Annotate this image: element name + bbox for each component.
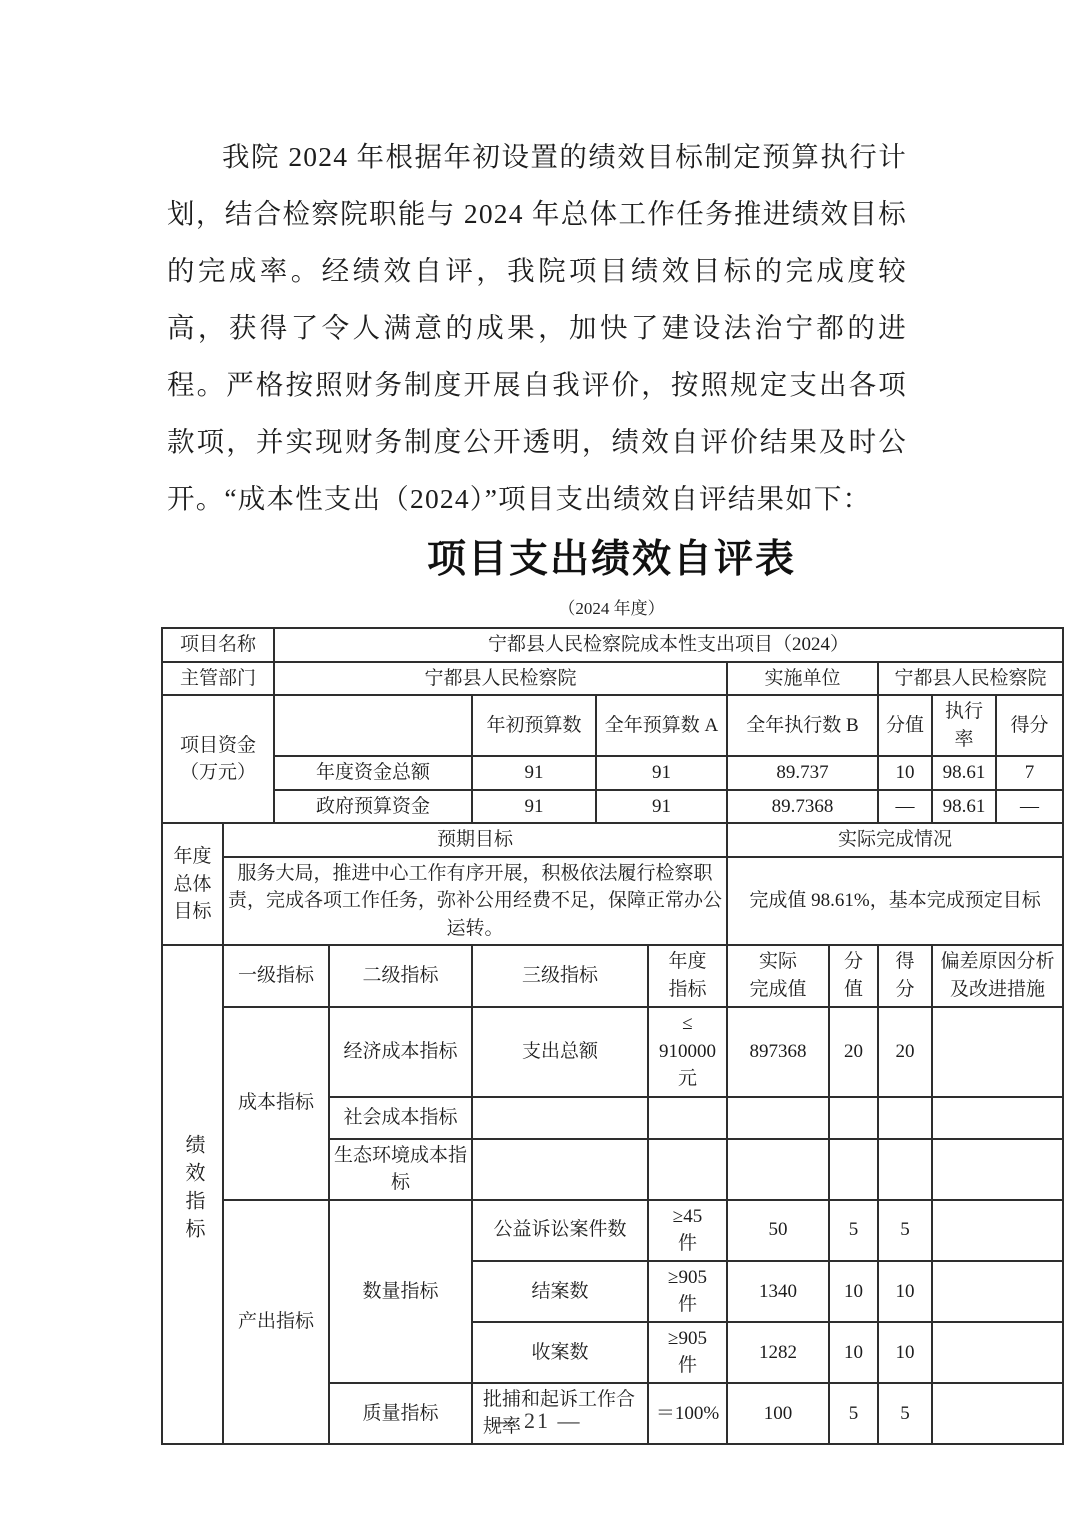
ind-score [878,1139,932,1200]
ind-deviation [932,1200,1063,1261]
evaluation-table: 项目名称 宁都县人民检察院成本性支出项目（2024） 主管部门 宁都县人民检察院… [161,627,1064,1445]
table-row: 政府预算资金 91 91 89.7368 — 98.61 — [162,790,1063,824]
ind-weight [829,1097,878,1139]
fund-header-rate: 执行率 [932,695,996,756]
ind-header-level3: 三级指标 [472,945,648,1006]
ind-score: 20 [878,1007,932,1097]
annual-goal-label: 年度总体目标 [162,823,223,945]
fund-weight: 10 [878,756,932,790]
fund-row-label: 年度资金总额 [274,756,472,790]
evaluation-table-block: 项目支出绩效自评表 （2024 年度） 项目名称 宁都县人民检察院成本性支出项目… [161,528,1062,1445]
ind-header-target: 年度 指标 [648,945,727,1006]
dept-label: 主管部门 [162,662,274,696]
ind-score [878,1097,932,1139]
fund-initial: 91 [472,790,596,824]
ind-target: ≥905 件 [648,1261,727,1322]
fund-rate: 98.61 [932,756,996,790]
ind-level3 [472,1139,648,1200]
ind-target: ≥905 件 [648,1322,727,1383]
cost-level1: 成本指标 [223,1007,329,1200]
project-name-value: 宁都县人民检察院成本性支出项目（2024） [274,628,1063,662]
ind-deviation [932,1097,1063,1139]
ind-header-deviation: 偏差原因分析 及改进措施 [932,945,1063,1006]
table-title: 项目支出绩效自评表 [161,528,1062,584]
fund-header-initial: 年初预算数 [472,695,596,756]
ind-level2: 经济成本指标 [329,1007,472,1097]
ind-weight: 20 [829,1007,878,1097]
ind-header-score: 得 分 [878,945,932,1006]
expected-goal-text: 服务大局，推进中心工作有序开展，积极依法履行检察职责，完成各项工作任务，弥补公用… [223,857,727,946]
ind-header-level2: 二级指标 [329,945,472,1006]
ind-level2: 社会成本指标 [329,1097,472,1139]
fund-executed: 89.737 [727,756,878,790]
perf-indicator-label: 绩效指标 [162,945,223,1444]
ind-deviation [932,1322,1063,1383]
ind-target: ≥45 件 [648,1200,727,1261]
fund-header-executed: 全年执行数 B [727,695,878,756]
fund-header-annual: 全年预算数 A [596,695,727,756]
impl-label: 实施单位 [727,662,878,696]
ind-deviation [932,1139,1063,1200]
document-page: 我院 2024 年根据年初设置的绩效目标制定预算执行计划，结合检察院职能与 20… [0,0,1074,1520]
ind-target [648,1097,727,1139]
ind-header-weight: 分 值 [829,945,878,1006]
ind-level3 [472,1097,648,1139]
ind-level3: 结案数 [472,1261,648,1322]
table-subtitle: （2024 年度） [161,594,1062,619]
ind-deviation [932,1261,1063,1322]
ind-score: 5 [878,1200,932,1261]
ind-header-level1: 一级指标 [223,945,329,1006]
ind-deviation [932,1007,1063,1097]
quantity-level2: 数量指标 [329,1200,472,1383]
ind-actual [727,1139,829,1200]
fund-annual: 91 [596,790,727,824]
dept-value: 宁都县人民检察院 [274,662,727,696]
fund-label: 项目资金 （万元） [162,695,274,823]
fund-sub-label-empty [274,695,472,756]
ind-score: 10 [878,1261,932,1322]
fund-score: 7 [996,756,1063,790]
fund-executed: 89.7368 [727,790,878,824]
fund-row-label: 政府预算资金 [274,790,472,824]
actual-header: 实际完成情况 [727,823,1063,857]
ind-score: 10 [878,1322,932,1383]
actual-result-text: 完成值 98.61%，基本完成预定目标 [727,857,1063,946]
fund-annual: 91 [596,756,727,790]
table-row: 成本指标 经济成本指标 支出总额 ≤ 910000 元 897368 20 20 [162,1007,1063,1097]
ind-actual [727,1097,829,1139]
body-paragraph: 我院 2024 年根据年初设置的绩效目标制定预算执行计划，结合检察院职能与 20… [167,128,907,527]
ind-target: ≤ 910000 元 [648,1007,727,1097]
fund-rate: 98.61 [932,790,996,824]
expected-goal-header: 预期目标 [223,823,727,857]
ind-level3: 收案数 [472,1322,648,1383]
table-row: 年度资金总额 91 91 89.737 10 98.61 7 [162,756,1063,790]
ind-weight: 10 [829,1261,878,1322]
ind-weight: 10 [829,1322,878,1383]
fund-weight: — [878,790,932,824]
ind-level3: 支出总额 [472,1007,648,1097]
ind-weight: 5 [829,1200,878,1261]
ind-weight [829,1139,878,1200]
ind-actual: 897368 [727,1007,829,1097]
ind-actual: 1340 [727,1261,829,1322]
ind-level2: 生态环境成本指标 [329,1139,472,1200]
table-row: 产出指标 数量指标 公益诉讼案件数 ≥45 件 50 5 5 [162,1200,1063,1261]
ind-target [648,1139,727,1200]
fund-header-score: 得分 [996,695,1063,756]
ind-level3: 公益诉讼案件数 [472,1200,648,1261]
ind-header-actual: 实际 完成值 [727,945,829,1006]
ind-actual: 50 [727,1200,829,1261]
ind-actual: 1282 [727,1322,829,1383]
project-name-label: 项目名称 [162,628,274,662]
perf-indicator-vertical-text: 绩效指标 [178,1134,207,1246]
fund-header-weight: 分值 [878,695,932,756]
fund-score: — [996,790,1063,824]
fund-initial: 91 [472,756,596,790]
impl-value: 宁都县人民检察院 [878,662,1063,696]
page-number: — 21 — [0,1408,1074,1434]
